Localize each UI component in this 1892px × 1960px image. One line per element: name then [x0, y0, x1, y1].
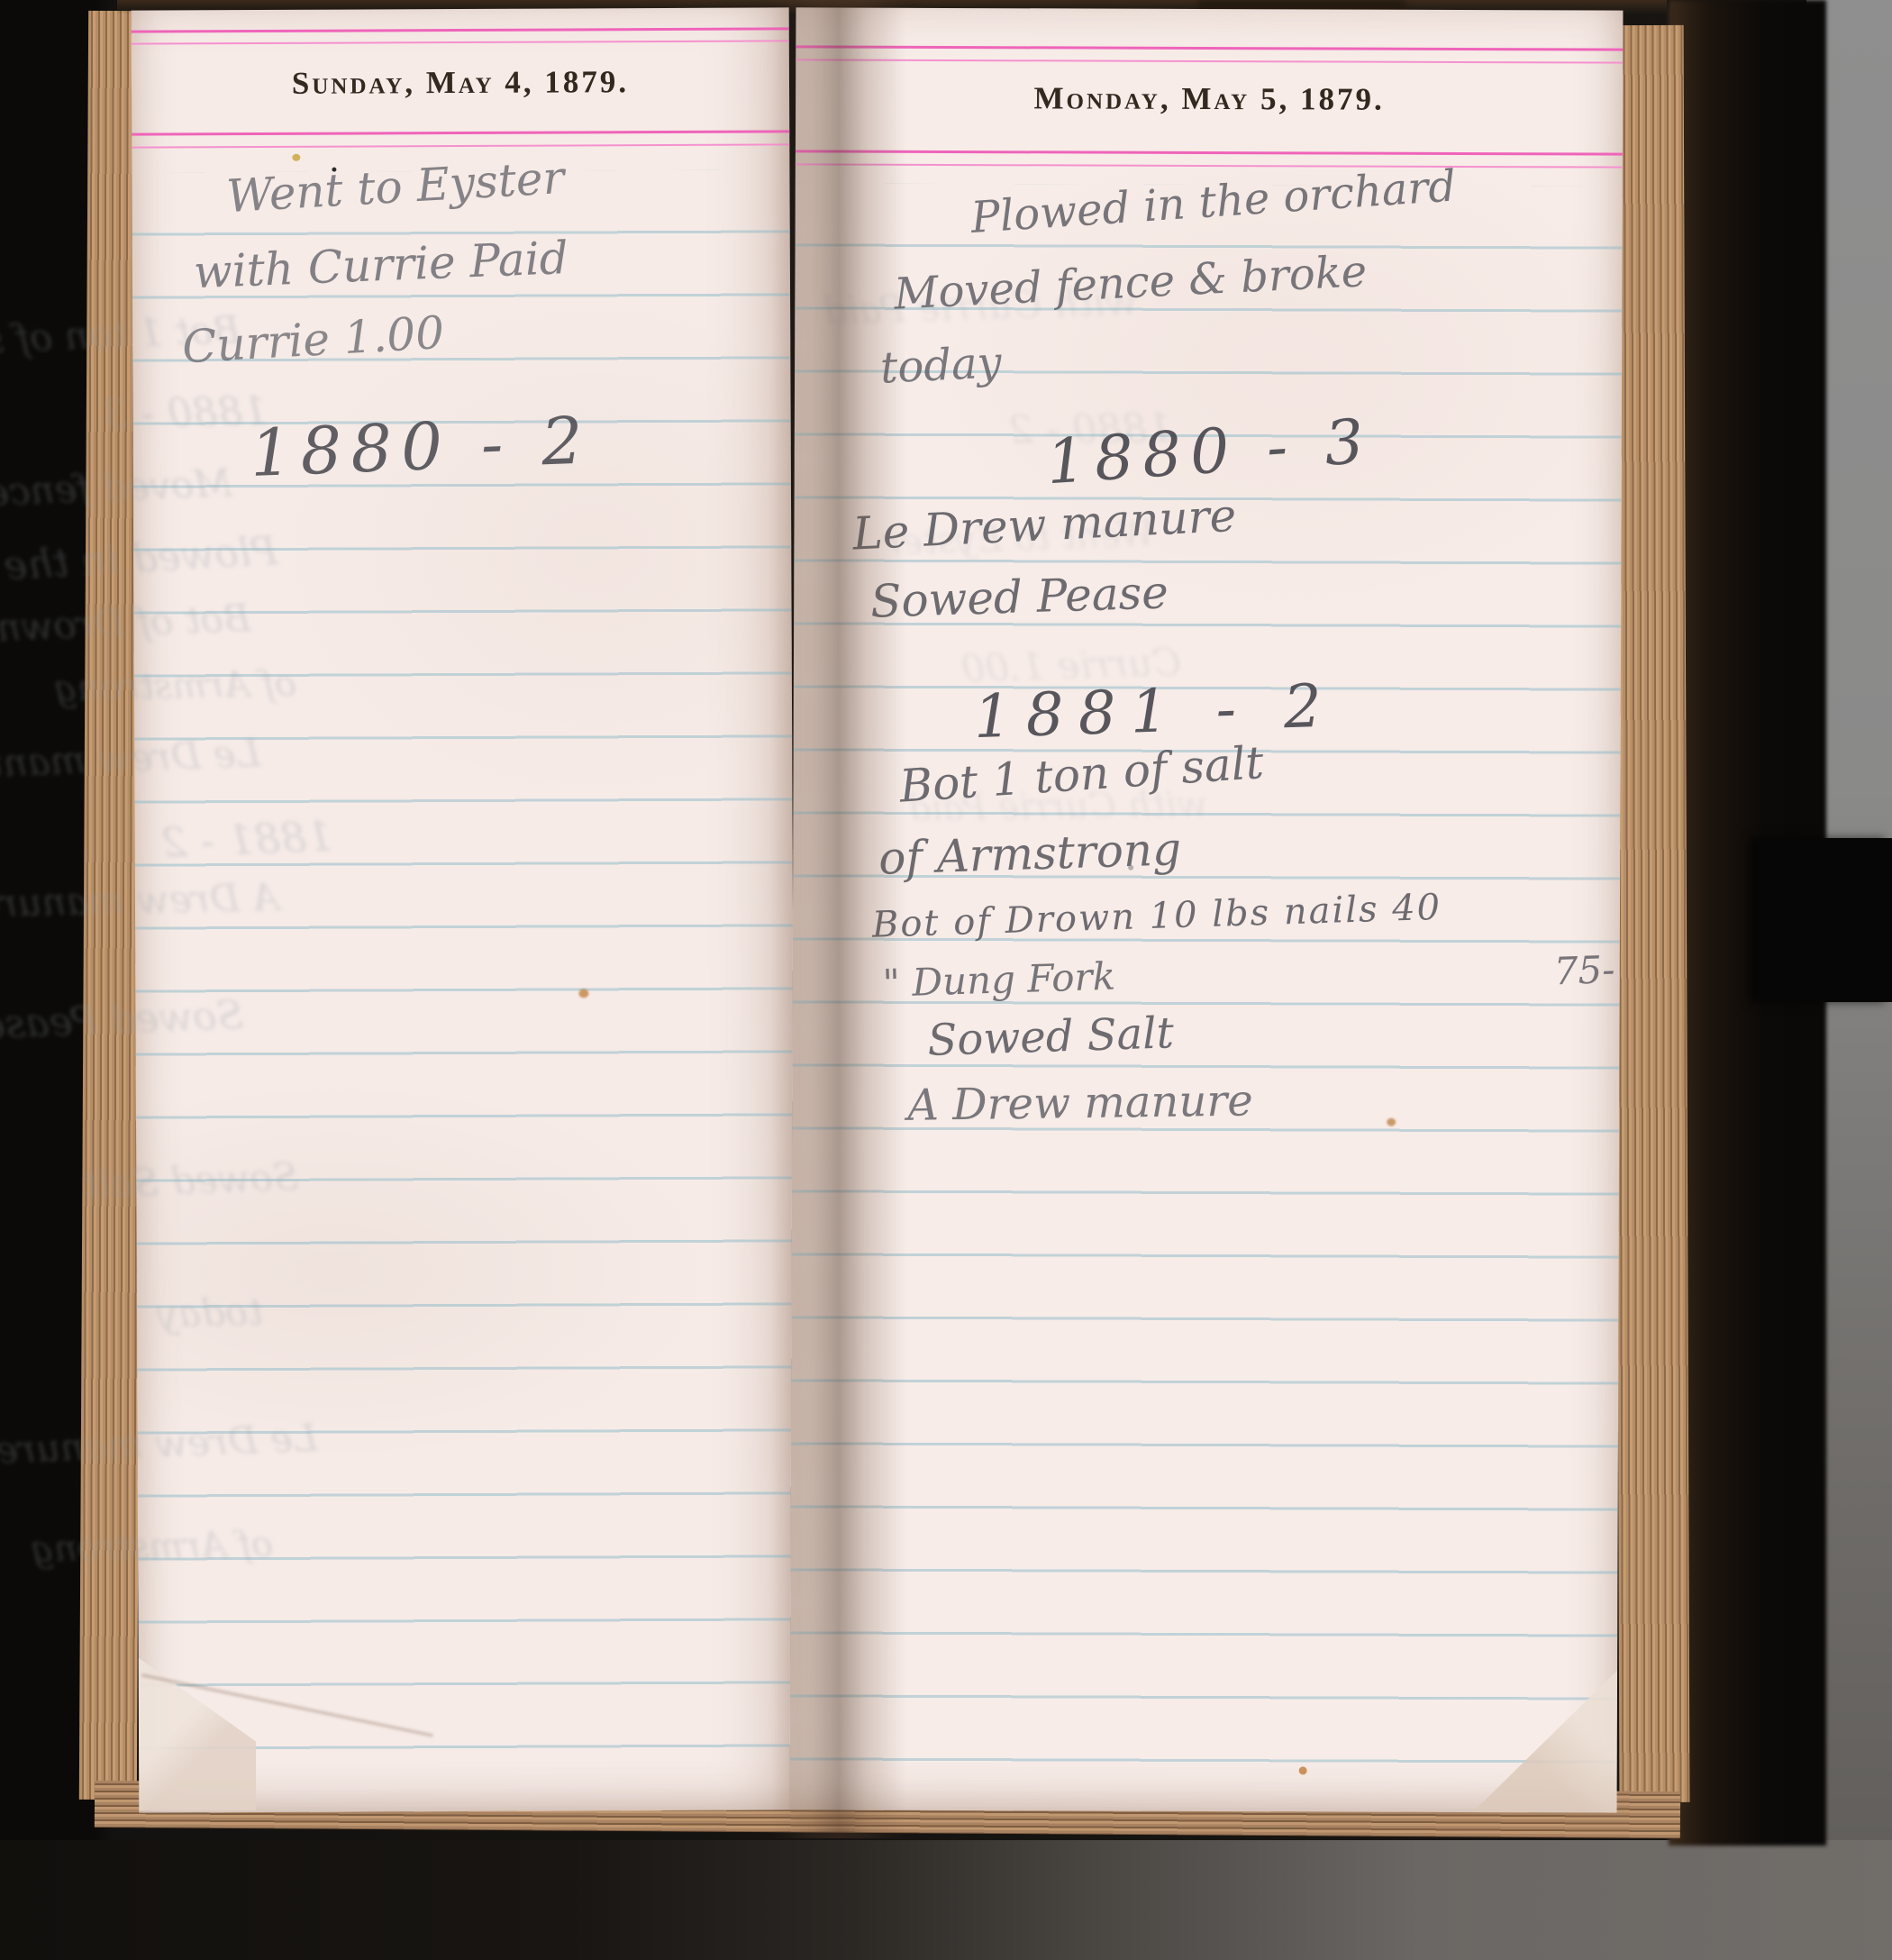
pink-rule — [796, 163, 1623, 168]
page-edges-right — [1614, 25, 1690, 1802]
diary-entry: Sowed Pease — [869, 566, 1169, 627]
ghost-writing: A Drew manure — [0, 875, 279, 925]
stain — [1387, 1118, 1396, 1126]
diary-entry: A Drew manure — [907, 1075, 1253, 1130]
pink-rule — [132, 27, 789, 32]
pink-rule — [796, 45, 1623, 50]
pink-rule — [132, 130, 789, 135]
diary-entry: 1880 - 2 — [249, 402, 593, 491]
left-page-date-header: Sunday, May 4, 1879. — [132, 63, 789, 102]
scanned-diary-photo: Sunday, May 4, 1879. Bot 1 ton of salt 1… — [0, 0, 1892, 1960]
stain — [332, 168, 336, 172]
book-gutter — [771, 0, 906, 1838]
stain — [578, 989, 588, 998]
left-page: Sunday, May 4, 1879. Bot 1 ton of salt 1… — [132, 7, 797, 1812]
ghost-writing: Sowed Salt — [82, 1154, 299, 1207]
pink-rule — [796, 150, 1623, 155]
right-page: Monday, May 5, 1879. with Currie Paid 18… — [790, 7, 1624, 1812]
pink-rule — [132, 40, 789, 44]
diary-entry: of Armstrong — [878, 823, 1182, 885]
right-page-date-header: Monday, May 5, 1879. — [796, 79, 1623, 118]
pink-rule — [132, 143, 789, 148]
stain — [292, 154, 300, 161]
scanner-bed — [0, 1840, 1892, 1960]
diary-entry: " Dung Fork — [882, 954, 1116, 1006]
ghost-writing: of Armstrong — [31, 1524, 274, 1571]
diary-entry: Sowed Salt — [927, 1007, 1175, 1066]
diary-entry-amount: 75- — [1553, 947, 1615, 993]
ghost-writing: today — [157, 1290, 264, 1336]
ghost-writing: 1881 - 2 — [160, 812, 334, 867]
diary-entry: 1881 - 2 — [973, 670, 1337, 752]
book-strap — [1757, 838, 1892, 1002]
ghost-writing: of Armstrong — [54, 663, 297, 710]
stain — [1299, 1766, 1307, 1774]
ghost-writing: 1880 - 3 — [103, 388, 268, 438]
stain — [1128, 865, 1133, 871]
pink-rule — [796, 59, 1623, 63]
